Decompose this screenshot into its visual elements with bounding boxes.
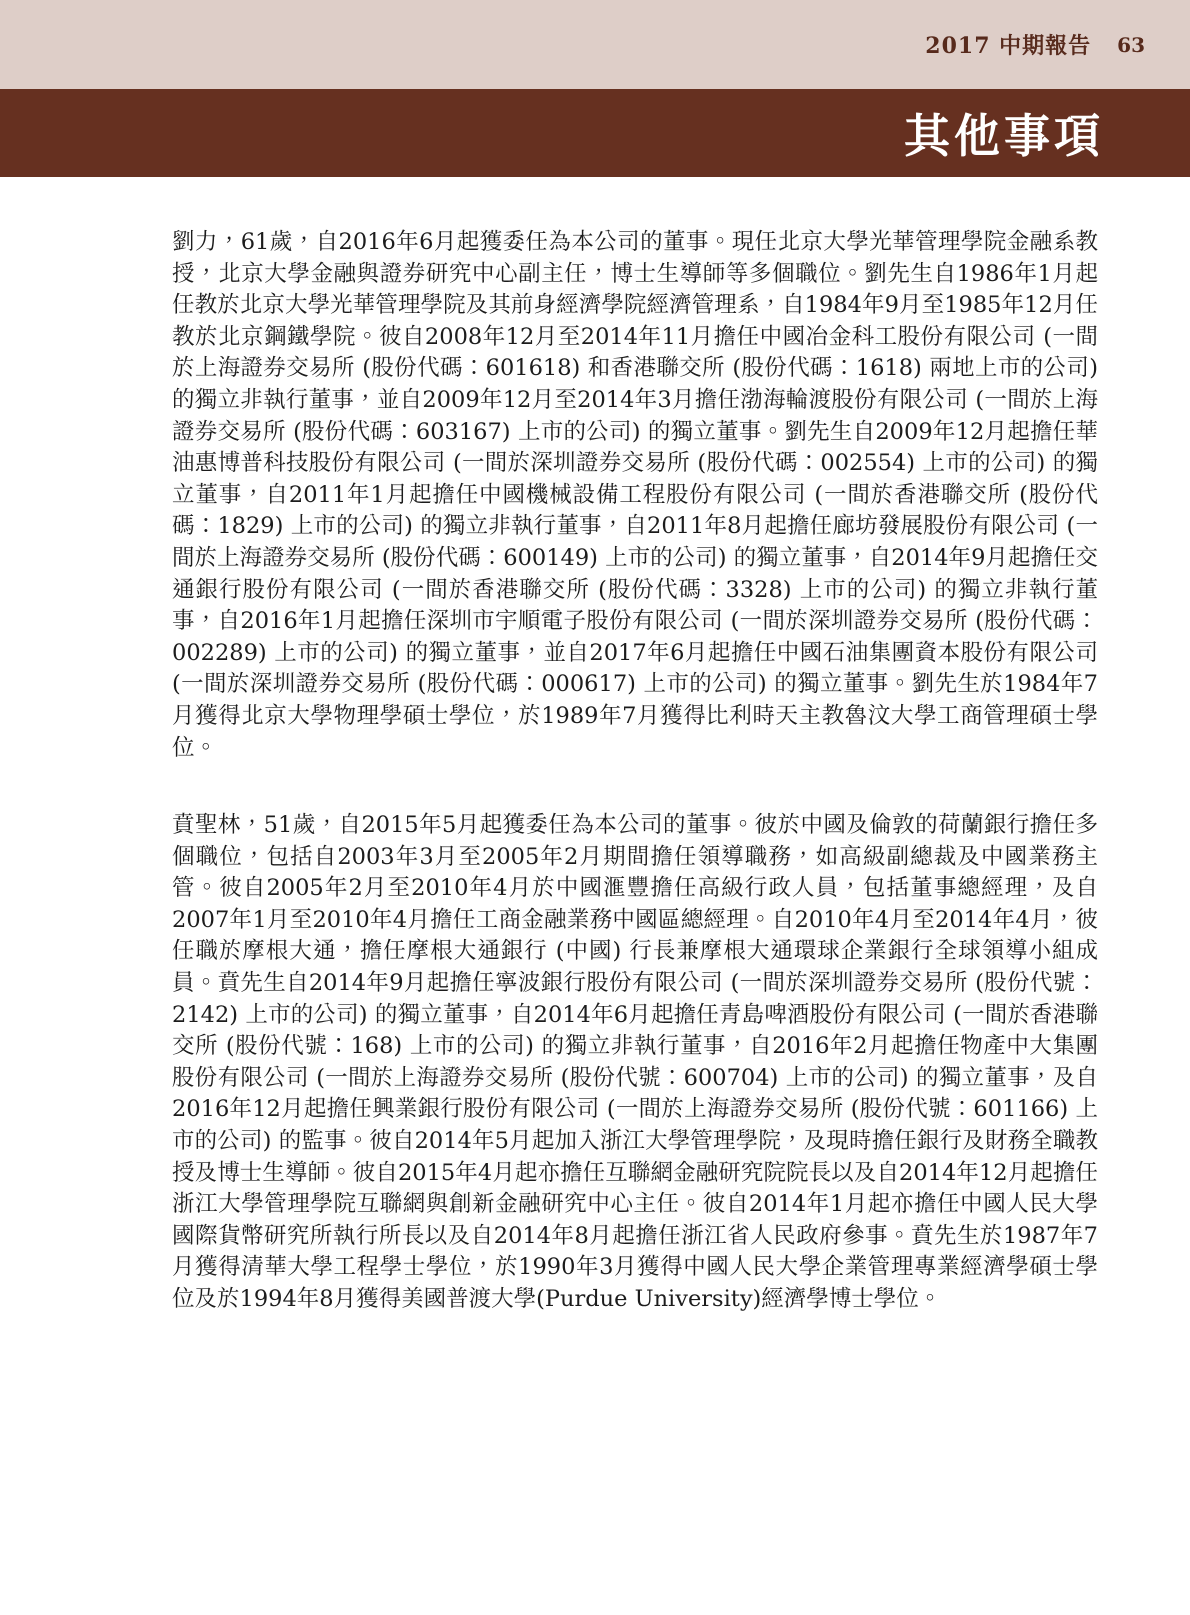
director-bio-liu-li: 劉力，61歲，自2016年6月起獲委任為本公司的董事。現任北京大學光華管理學院金… bbox=[172, 227, 1098, 764]
page-header-band: 2017 中期報告 63 bbox=[0, 0, 1190, 89]
report-page: 2017 中期報告 63 其他事項 劉力，61歲，自2016年6月起獲委任為本公… bbox=[0, 0, 1190, 1615]
page-number: 63 bbox=[1117, 33, 1145, 57]
director-bio-ben-shenglin: 賁聖林，51歲，自2015年5月起獲委任為本公司的董事。彼於中國及倫敦的荷蘭銀行… bbox=[172, 810, 1098, 1316]
section-banner: 其他事項 bbox=[0, 89, 1190, 177]
section-title: 其他事項 bbox=[904, 100, 1104, 166]
document-body: 劉力，61歲，自2016年6月起獲委任為本公司的董事。現任北京大學光華管理學院金… bbox=[0, 177, 1190, 1316]
report-title: 2017 中期報告 bbox=[925, 29, 1091, 60]
